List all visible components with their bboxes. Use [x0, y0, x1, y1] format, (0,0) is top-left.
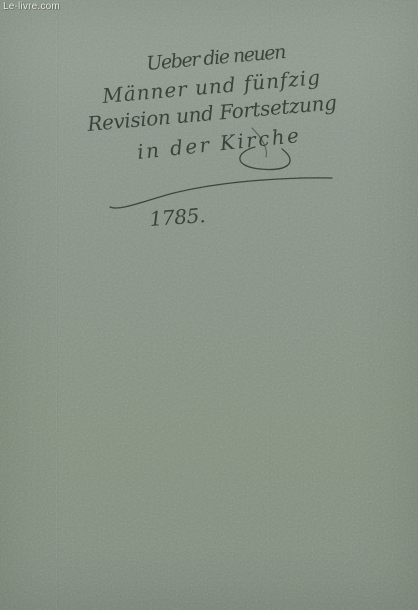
flourish-swash: [110, 178, 332, 208]
site-watermark: Le-livre.com: [3, 1, 60, 12]
handwriting-overlay: Ueber die neuen Männer und fünfzig Revis…: [0, 0, 418, 610]
handwritten-year: 1785.: [149, 203, 206, 231]
book-cover-photo: Ueber die neuen Männer und fünfzig Revis…: [0, 0, 418, 610]
